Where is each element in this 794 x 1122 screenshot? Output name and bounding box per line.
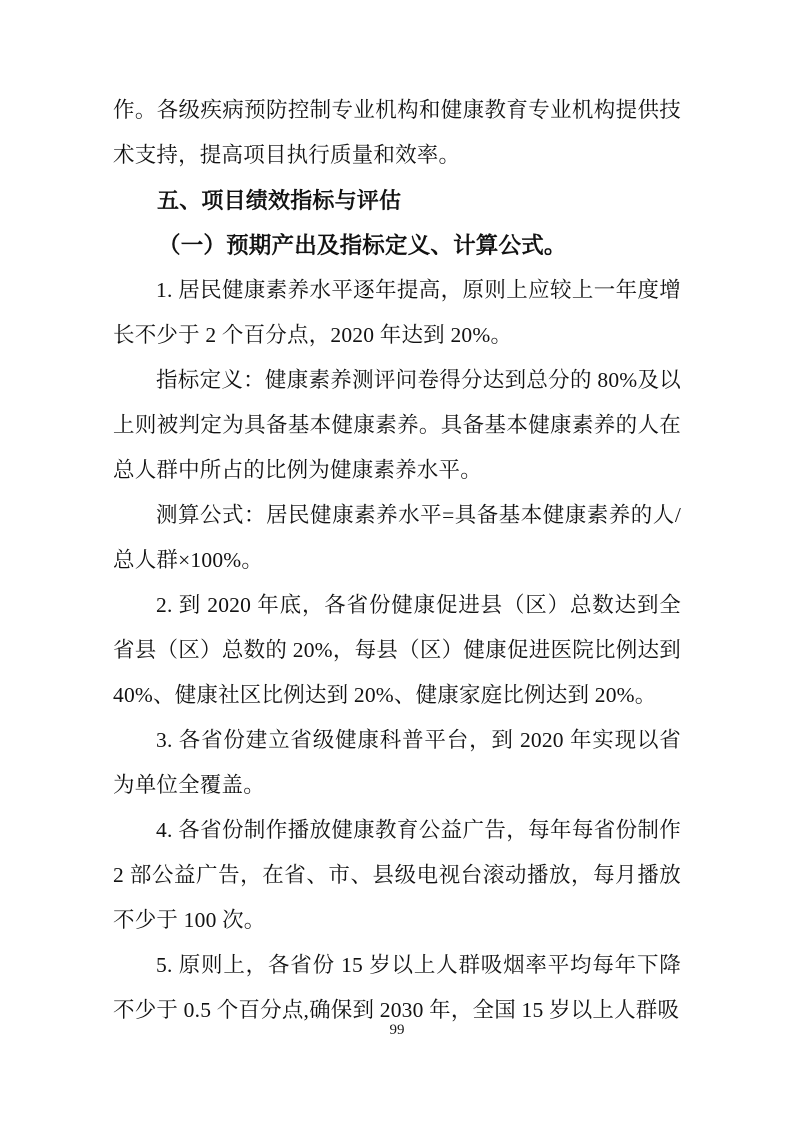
paragraph-indicator-definition: 指标定义：健康素养测评问卷得分达到总分的 80%及以上则被判定为具备基本健康素养… [113,358,681,493]
document-content: 作。各级疾病预防控制专业机构和健康教育专业机构提供技术支持，提高项目执行质量和效… [113,88,681,1033]
paragraph-continuation: 作。各级疾病预防控制专业机构和健康教育专业机构提供技术支持，提高项目执行质量和效… [113,88,681,178]
subsection-heading: （一）预期产出及指标定义、计算公式。 [113,223,681,268]
section-heading: 五、项目绩效指标与评估 [113,178,681,223]
paragraph-item-4: 4. 各省份制作播放健康教育公益广告，每年每省份制作 2 部公益广告，在省、市、… [113,808,681,943]
page-number: 99 [0,1020,794,1040]
document-page: 作。各级疾病预防控制专业机构和健康教育专业机构提供技术支持，提高项目执行质量和效… [0,0,794,1122]
paragraph-item-2: 2. 到 2020 年底，各省份健康促进县（区）总数达到全省县（区）总数的 20… [113,583,681,718]
paragraph-item-3: 3. 各省份建立省级健康科普平台，到 2020 年实现以省为单位全覆盖。 [113,718,681,808]
paragraph-item-1: 1. 居民健康素养水平逐年提高，原则上应较上一年度增长不少于 2 个百分点，20… [113,268,681,358]
paragraph-calculation-formula: 测算公式：居民健康素养水平=具备基本健康素养的人/总人群×100%。 [113,493,681,583]
